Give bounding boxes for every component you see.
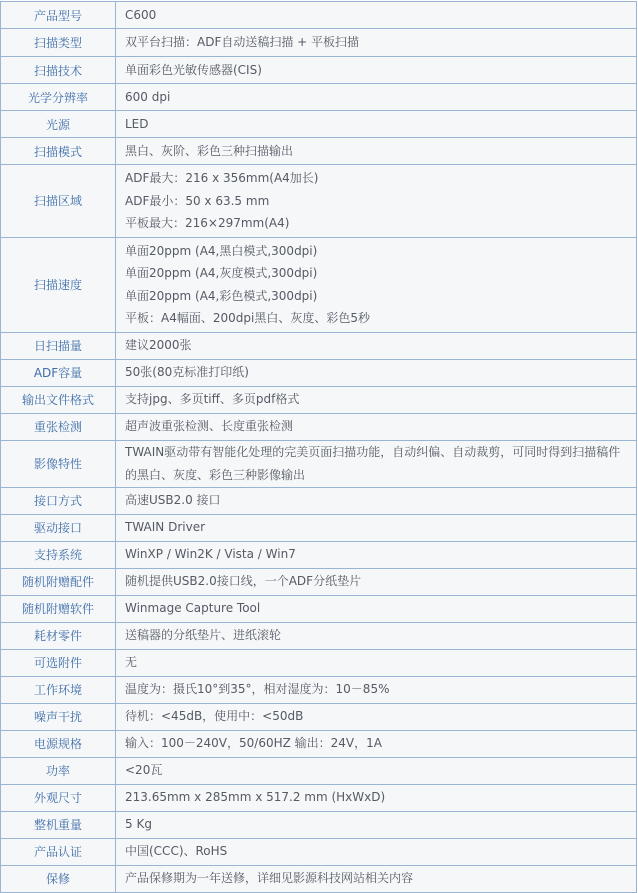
spec-value-line: 送稿器的分纸垫片、进纸滚轮	[125, 624, 636, 647]
spec-value-line: WinXP / Win2K / Vista / Win7	[125, 543, 636, 566]
spec-table: 产品型号C600扫描类型双平台扫描：ADF自动送稿扫描 + 平板扫描扫描技术单面…	[0, 1, 637, 893]
spec-value: 产品保修期为一年送修，详细见影源科技网站相关内容	[116, 865, 637, 892]
spec-label: 扫描速度	[1, 237, 116, 332]
spec-value: 待机：<45dB，使用中：<50dB	[116, 703, 637, 730]
spec-value: C600	[116, 2, 637, 29]
spec-value: 213.65mm x 285mm x 517.2 mm (HxWxD)	[116, 784, 637, 811]
spec-value-line: 平板：A4幅面、200dpi黑白、灰度、彩色5秒	[125, 307, 636, 330]
spec-value-line: 单面20ppm (A4,灰度模式,300dpi)	[125, 262, 636, 285]
spec-label: ADF容量	[1, 359, 116, 386]
spec-row: 输出文件格式支持jpg、多页tiff、多页pdf格式	[1, 386, 637, 413]
spec-row: 随机附赠配件随机提供USB2.0接口线，一个ADF分纸垫片	[1, 568, 637, 595]
spec-value-line: 建议2000张	[125, 334, 636, 357]
spec-label: 产品认证	[1, 838, 116, 865]
spec-label: 可选附件	[1, 649, 116, 676]
spec-label: 工作环境	[1, 676, 116, 703]
spec-row: 电源规格输入：100－240V，50/60HZ 输出：24V，1A	[1, 730, 637, 757]
spec-value-line: <20瓦	[125, 759, 636, 782]
spec-value: Winmage Capture Tool	[116, 595, 637, 622]
spec-value-line: 输入：100－240V，50/60HZ 输出：24V，1A	[125, 732, 636, 755]
spec-label: 支持系统	[1, 541, 116, 568]
spec-value-line: 600 dpi	[125, 86, 636, 109]
spec-label: 扫描模式	[1, 138, 116, 165]
spec-value: 送稿器的分纸垫片、进纸滚轮	[116, 622, 637, 649]
spec-label: 驱动接口	[1, 514, 116, 541]
spec-value: 无	[116, 649, 637, 676]
spec-row: 产品认证中国(CCC)、RoHS	[1, 838, 637, 865]
spec-row: 扫描模式黑白、灰阶、彩色三种扫描输出	[1, 138, 637, 165]
spec-label: 影像特性	[1, 440, 116, 487]
spec-value: 50张(80克标准打印纸)	[116, 359, 637, 386]
spec-value-line: TWAIN Driver	[125, 516, 636, 539]
spec-value: 单面彩色光敏传感器(CIS)	[116, 57, 637, 84]
spec-value-line: 产品保修期为一年送修，详细见影源科技网站相关内容	[125, 867, 636, 890]
spec-row: 功率<20瓦	[1, 757, 637, 784]
spec-label: 重张检测	[1, 413, 116, 440]
spec-label: 扫描技术	[1, 57, 116, 84]
spec-row: 工作环境温度为：摄氏10°到35°，相对湿度为：10－85%	[1, 676, 637, 703]
spec-row: 光学分辨率600 dpi	[1, 84, 637, 111]
spec-label: 保修	[1, 865, 116, 892]
spec-value: 单面20ppm (A4,黑白模式,300dpi)单面20ppm (A4,灰度模式…	[116, 237, 637, 332]
spec-value-line: 5 Kg	[125, 813, 636, 836]
spec-row: 驱动接口TWAIN Driver	[1, 514, 637, 541]
spec-value-line: 213.65mm x 285mm x 517.2 mm (HxWxD)	[125, 786, 636, 809]
spec-label: 耗材零件	[1, 622, 116, 649]
spec-row: 可选附件无	[1, 649, 637, 676]
spec-row: 扫描速度单面20ppm (A4,黑白模式,300dpi)单面20ppm (A4,…	[1, 237, 637, 332]
spec-label: 扫描类型	[1, 29, 116, 57]
spec-table-body: 产品型号C600扫描类型双平台扫描：ADF自动送稿扫描 + 平板扫描扫描技术单面…	[1, 2, 637, 893]
spec-label: 光学分辨率	[1, 84, 116, 111]
spec-value: TWAIN驱动带有智能化处理的完美页面扫描功能，自动纠偏、自动裁剪，可同时得到扫…	[116, 440, 637, 487]
spec-row: 产品型号C600	[1, 2, 637, 29]
spec-value: 输入：100－240V，50/60HZ 输出：24V，1A	[116, 730, 637, 757]
spec-value-line: C600	[125, 4, 636, 27]
spec-value-line: 黑白、灰阶、彩色三种扫描输出	[125, 140, 636, 163]
spec-row: 重张检测超声波重张检测、长度重张检测	[1, 413, 637, 440]
spec-label: 噪声干扰	[1, 703, 116, 730]
spec-value-line: ADF最大：216 x 356mm(A4加长)	[125, 167, 636, 190]
spec-label: 产品型号	[1, 2, 116, 29]
spec-label: 随机附赠软件	[1, 595, 116, 622]
spec-label: 接口方式	[1, 487, 116, 514]
spec-row: 影像特性TWAIN驱动带有智能化处理的完美页面扫描功能，自动纠偏、自动裁剪，可同…	[1, 440, 637, 487]
spec-value-line: LED	[125, 113, 636, 136]
spec-label: 电源规格	[1, 730, 116, 757]
spec-value: LED	[116, 111, 637, 138]
spec-value-line: Winmage Capture Tool	[125, 597, 636, 620]
spec-row: 耗材零件送稿器的分纸垫片、进纸滚轮	[1, 622, 637, 649]
spec-value: 600 dpi	[116, 84, 637, 111]
spec-value: 5 Kg	[116, 811, 637, 838]
spec-value: 黑白、灰阶、彩色三种扫描输出	[116, 138, 637, 165]
spec-value-line: 高速USB2.0 接口	[125, 489, 636, 512]
spec-value-line: 单面彩色光敏传感器(CIS)	[125, 59, 636, 82]
spec-row: 保修产品保修期为一年送修，详细见影源科技网站相关内容	[1, 865, 637, 892]
spec-label: 随机附赠配件	[1, 568, 116, 595]
spec-value: ADF最大：216 x 356mm(A4加长)ADF最小：50 x 63.5 m…	[116, 165, 637, 238]
spec-value: 高速USB2.0 接口	[116, 487, 637, 514]
spec-value-line: 温度为：摄氏10°到35°，相对湿度为：10－85%	[125, 678, 636, 701]
spec-row: 扫描类型双平台扫描：ADF自动送稿扫描 + 平板扫描	[1, 29, 637, 57]
spec-value-line: 待机：<45dB，使用中：<50dB	[125, 705, 636, 728]
spec-label: 扫描区域	[1, 165, 116, 238]
spec-value: <20瓦	[116, 757, 637, 784]
spec-value: WinXP / Win2K / Vista / Win7	[116, 541, 637, 568]
spec-value: 温度为：摄氏10°到35°，相对湿度为：10－85%	[116, 676, 637, 703]
spec-row: 外观尺寸213.65mm x 285mm x 517.2 mm (HxWxD)	[1, 784, 637, 811]
spec-value: 中国(CCC)、RoHS	[116, 838, 637, 865]
spec-label: 输出文件格式	[1, 386, 116, 413]
spec-row: 光源LED	[1, 111, 637, 138]
spec-row: 整机重量5 Kg	[1, 811, 637, 838]
spec-value-line: 50张(80克标准打印纸)	[125, 361, 636, 384]
spec-row: ADF容量50张(80克标准打印纸)	[1, 359, 637, 386]
spec-value-line: 无	[125, 651, 636, 674]
spec-value: 双平台扫描：ADF自动送稿扫描 + 平板扫描	[116, 29, 637, 57]
spec-value-line: 单面20ppm (A4,黑白模式,300dpi)	[125, 240, 636, 263]
spec-row: 日扫描量建议2000张	[1, 332, 637, 359]
spec-value-line: 平板最大：216×297mm(A4)	[125, 212, 636, 235]
spec-value-line: 超声波重张检测、长度重张检测	[125, 415, 636, 438]
spec-row: 接口方式高速USB2.0 接口	[1, 487, 637, 514]
spec-label: 外观尺寸	[1, 784, 116, 811]
spec-value-line: ADF最小：50 x 63.5 mm	[125, 190, 636, 213]
spec-value: 建议2000张	[116, 332, 637, 359]
spec-label: 整机重量	[1, 811, 116, 838]
spec-label: 光源	[1, 111, 116, 138]
spec-value-line: 随机提供USB2.0接口线，一个ADF分纸垫片	[125, 570, 636, 593]
spec-value: 支持jpg、多页tiff、多页pdf格式	[116, 386, 637, 413]
spec-value-line: 支持jpg、多页tiff、多页pdf格式	[125, 388, 636, 411]
spec-row: 扫描区域ADF最大：216 x 356mm(A4加长)ADF最小：50 x 63…	[1, 165, 637, 238]
spec-row: 噪声干扰待机：<45dB，使用中：<50dB	[1, 703, 637, 730]
spec-value: 超声波重张检测、长度重张检测	[116, 413, 637, 440]
spec-row: 扫描技术单面彩色光敏传感器(CIS)	[1, 57, 637, 84]
spec-label: 功率	[1, 757, 116, 784]
spec-value: 随机提供USB2.0接口线，一个ADF分纸垫片	[116, 568, 637, 595]
spec-label: 日扫描量	[1, 332, 116, 359]
spec-value-line: 中国(CCC)、RoHS	[125, 840, 636, 863]
spec-row: 随机附赠软件Winmage Capture Tool	[1, 595, 637, 622]
spec-value-line: 双平台扫描：ADF自动送稿扫描 + 平板扫描	[125, 31, 636, 54]
spec-row: 支持系统WinXP / Win2K / Vista / Win7	[1, 541, 637, 568]
spec-value-line: TWAIN驱动带有智能化处理的完美页面扫描功能，自动纠偏、自动裁剪，可同时得到扫…	[125, 441, 636, 486]
spec-value: TWAIN Driver	[116, 514, 637, 541]
spec-value-line: 单面20ppm (A4,彩色模式,300dpi)	[125, 285, 636, 308]
